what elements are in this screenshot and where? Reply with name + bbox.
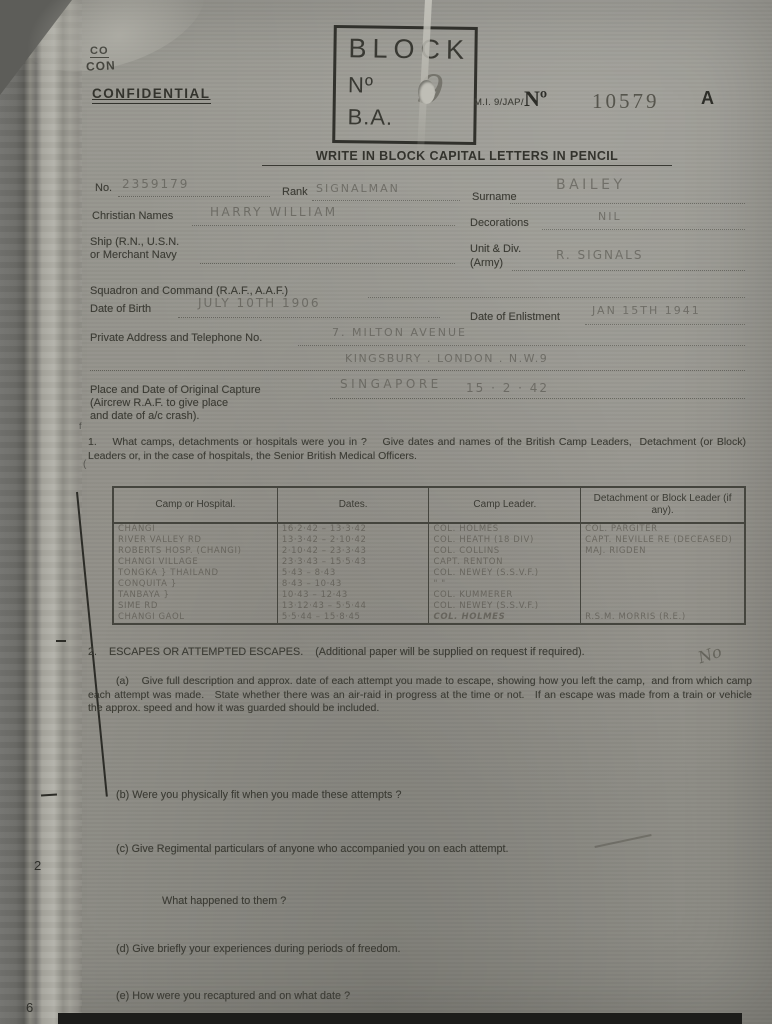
field-label-ship: or Merchant Navy [90,249,177,261]
column-header-detachment: Detachment or Block Leader (if any). [581,487,745,523]
file-ref-prefix: M.I. 9/JAP/ [474,97,524,108]
table-cell: 13·3·42 – 2·10·42 [277,535,429,546]
table-cell [581,601,745,612]
question-2e-text: (e) How were you recaptured and on what … [116,990,350,1002]
field-underline [368,297,745,298]
table-row: SIME RD13·12·43 – 5·5·44COL. NEWEY (S.S.… [113,601,745,612]
table-cell [581,557,745,568]
field-underline [200,263,455,264]
confidential-stamp-partial: CO [90,45,109,58]
table-cell: CHANGI VILLAGE [113,557,277,568]
table-cell: COL. KUMMERER [429,590,581,601]
table-cell: TONGKA } THAILAND [113,568,277,579]
table-cell: MAJ. RIGDEN [581,546,745,557]
block-number-stamp-box: BLOCK Nº B.A. 9 [332,25,478,145]
question-2b-text: (b) Were you physically fit when you mad… [116,789,401,801]
paper-tear-hole [418,80,435,104]
value-date-of-birth: JULY 10TH 1906 [198,296,321,310]
table-cell: 2·10·42 – 23·3·43 [277,546,429,557]
table-row: CHANGI16·2·42 – 13·3·42COL. HOLMESCOL. P… [113,523,745,535]
field-label-rank: Rank [282,186,308,198]
question-2-heading: 2. ESCAPES OR ATTEMPTED ESCAPES. (Additi… [88,646,748,658]
column-header-dates: Dates. [277,487,429,523]
value-address-line1: 7. MILTON AVENUE [332,326,467,339]
table-row: CONQUITA }8·43 – 10·43" " [113,579,745,590]
column-header-camp: Camp or Hospital. [113,487,277,523]
field-underline [90,370,745,371]
field-label-christian-names: Christian Names [92,210,173,222]
block-stamp-ba-label: B.A. [347,104,393,131]
table-cell: COL. HOLMES [429,612,581,624]
value-surname: BAILEY [556,177,626,193]
field-label-number: No. [95,182,112,194]
table-cell: 23·3·43 – 15·5·43 [277,557,429,568]
table-row: TANBAYA }10·43 – 12·43COL. KUMMERER [113,590,745,601]
table-row: CHANGI GAOL5·5·44 – 15·8·45COL. HOLMESR.… [113,612,745,624]
table-cell: 5·43 – 8·43 [277,568,429,579]
field-underline [192,225,455,226]
field-underline [542,229,745,230]
value-christian-names: HARRY WILLIAM [210,205,338,219]
scanned-pow-questionnaire-page: 2 6 f ( CO CON CONFIDENTIAL BLOCK Nº B.A… [0,0,772,1024]
question-2d-text: (d) Give briefly your experiences during… [116,943,400,955]
field-label-address: Private Address and Telephone No. [90,332,262,344]
value-service-number: 2359179 [122,177,189,191]
field-underline [298,345,745,346]
table-cell: COL. COLLINS [429,546,581,557]
table-cell: CHANGI [113,523,277,535]
table-cell: RIVER VALLEY RD [113,535,277,546]
field-label-date-of-birth: Date of Birth [90,303,151,315]
value-address-line2: KINGSBURY . LONDON . N.W.9 [345,352,548,365]
value-decorations: NIL [598,210,622,223]
block-stamp-no-label: Nº [348,72,374,98]
table-cell [581,568,745,579]
table-cell: CHANGI GAOL [113,612,277,624]
field-label-unit-div: (Army) [470,257,503,269]
block-stamp-word: BLOCK [348,33,470,66]
value-date-of-enlistment: JAN 15TH 1941 [592,304,701,317]
margin-mark: f [79,421,82,431]
value-unit-div: R. SIGNALS [556,248,643,262]
field-underline [178,317,440,318]
field-underline [312,200,460,201]
table-row: RIVER VALLEY RD13·3·42 – 2·10·42COL. HEA… [113,535,745,546]
margin-mark: 6 [26,1000,33,1015]
margin-mark: 2 [34,858,41,873]
margin-mark: ( [83,459,86,470]
question-2c-text: (c) Give Regimental particulars of anyon… [116,843,509,855]
table-row: TONGKA } THAILAND5·43 – 8·43COL. NEWEY (… [113,568,745,579]
table-cell: ROBERTS HOSP. (CHANGI) [113,546,277,557]
file-ref-number: 10579 [592,89,660,114]
value-rank: SIGNALMAN [316,182,400,195]
file-ref-series-letter: A [701,88,714,109]
question-2c-followup-text: What happened to them ? [162,895,286,907]
page-title: WRITE IN BLOCK CAPITAL LETTERS IN PENCIL [262,149,672,166]
table-cell: 16·2·42 – 13·3·42 [277,523,429,535]
table-cell [581,579,745,590]
field-label-unit-div: Unit & Div. [470,243,521,255]
value-capture-date: 15 · 2 · 42 [466,381,549,395]
field-underline [510,203,745,204]
camp-table: Camp or Hospital. Dates. Camp Leader. De… [112,486,746,625]
pen-bracket-tick [56,640,66,642]
table-row: ROBERTS HOSP. (CHANGI)2·10·42 – 23·3·43C… [113,546,745,557]
table-cell: COL. HOLMES [429,523,581,535]
table-cell: COL. HEATH (18 DIV) [429,535,581,546]
field-label-date-of-enlistment: Date of Enlistment [470,311,560,323]
file-ref-no-label: Nº [524,86,547,112]
field-label-surname: Surname [472,191,517,203]
table-cell: " " [429,579,581,590]
question-1-text: 1. What camps, detachments or hospitals … [88,436,746,463]
field-underline [118,196,270,197]
table-cell: 8·43 – 10·43 [277,579,429,590]
confidential-stamp: CONFIDENTIAL [92,86,211,104]
confidential-stamp-partial: CON [86,58,116,74]
table-cell: CONQUITA } [113,579,277,590]
field-label-decorations: Decorations [470,217,529,229]
field-underline [585,324,745,325]
table-cell: R.S.M. MORRIS (R.E.) [581,612,745,624]
table-cell: CAPT. NEVILLE RE (DECEASED) [581,535,745,546]
table-cell: COL. NEWEY (S.S.V.F.) [429,601,581,612]
table-cell: CAPT. RENTON [429,557,581,568]
table-cell: SIME RD [113,601,277,612]
column-header-leader: Camp Leader. [429,487,581,523]
question-2a-text: (a) Give full description and approx. da… [88,675,752,716]
table-cell: 13·12·43 – 5·5·44 [277,601,429,612]
table-cell: COL. NEWEY (S.S.V.F.) [429,568,581,579]
field-label-capture: Place and Date of Original Capture [90,384,261,396]
field-underline [330,398,745,399]
scan-bottom-bar [58,1013,742,1024]
value-capture-place: SINGAPORE [340,377,442,391]
pencil-slash-mark [594,834,651,848]
field-label-ship: Ship (R.N., U.S.N. [90,236,179,248]
table-row: CHANGI VILLAGE23·3·43 – 15·5·43CAPT. REN… [113,557,745,568]
table-cell: 5·5·44 – 15·8·45 [277,612,429,624]
table-cell: 10·43 – 12·43 [277,590,429,601]
table-cell [581,590,745,601]
field-label-capture: (Aircrew R.A.F. to give place [90,397,228,409]
table-cell: TANBAYA } [113,590,277,601]
table-cell: COL. PARGITER [581,523,745,535]
field-underline [512,270,745,271]
field-label-capture: and date of a/c crash). [90,410,199,422]
camp-table-body: CHANGI16·2·42 – 13·3·42COL. HOLMESCOL. P… [113,523,745,624]
table-header-row: Camp or Hospital. Dates. Camp Leader. De… [113,487,745,523]
